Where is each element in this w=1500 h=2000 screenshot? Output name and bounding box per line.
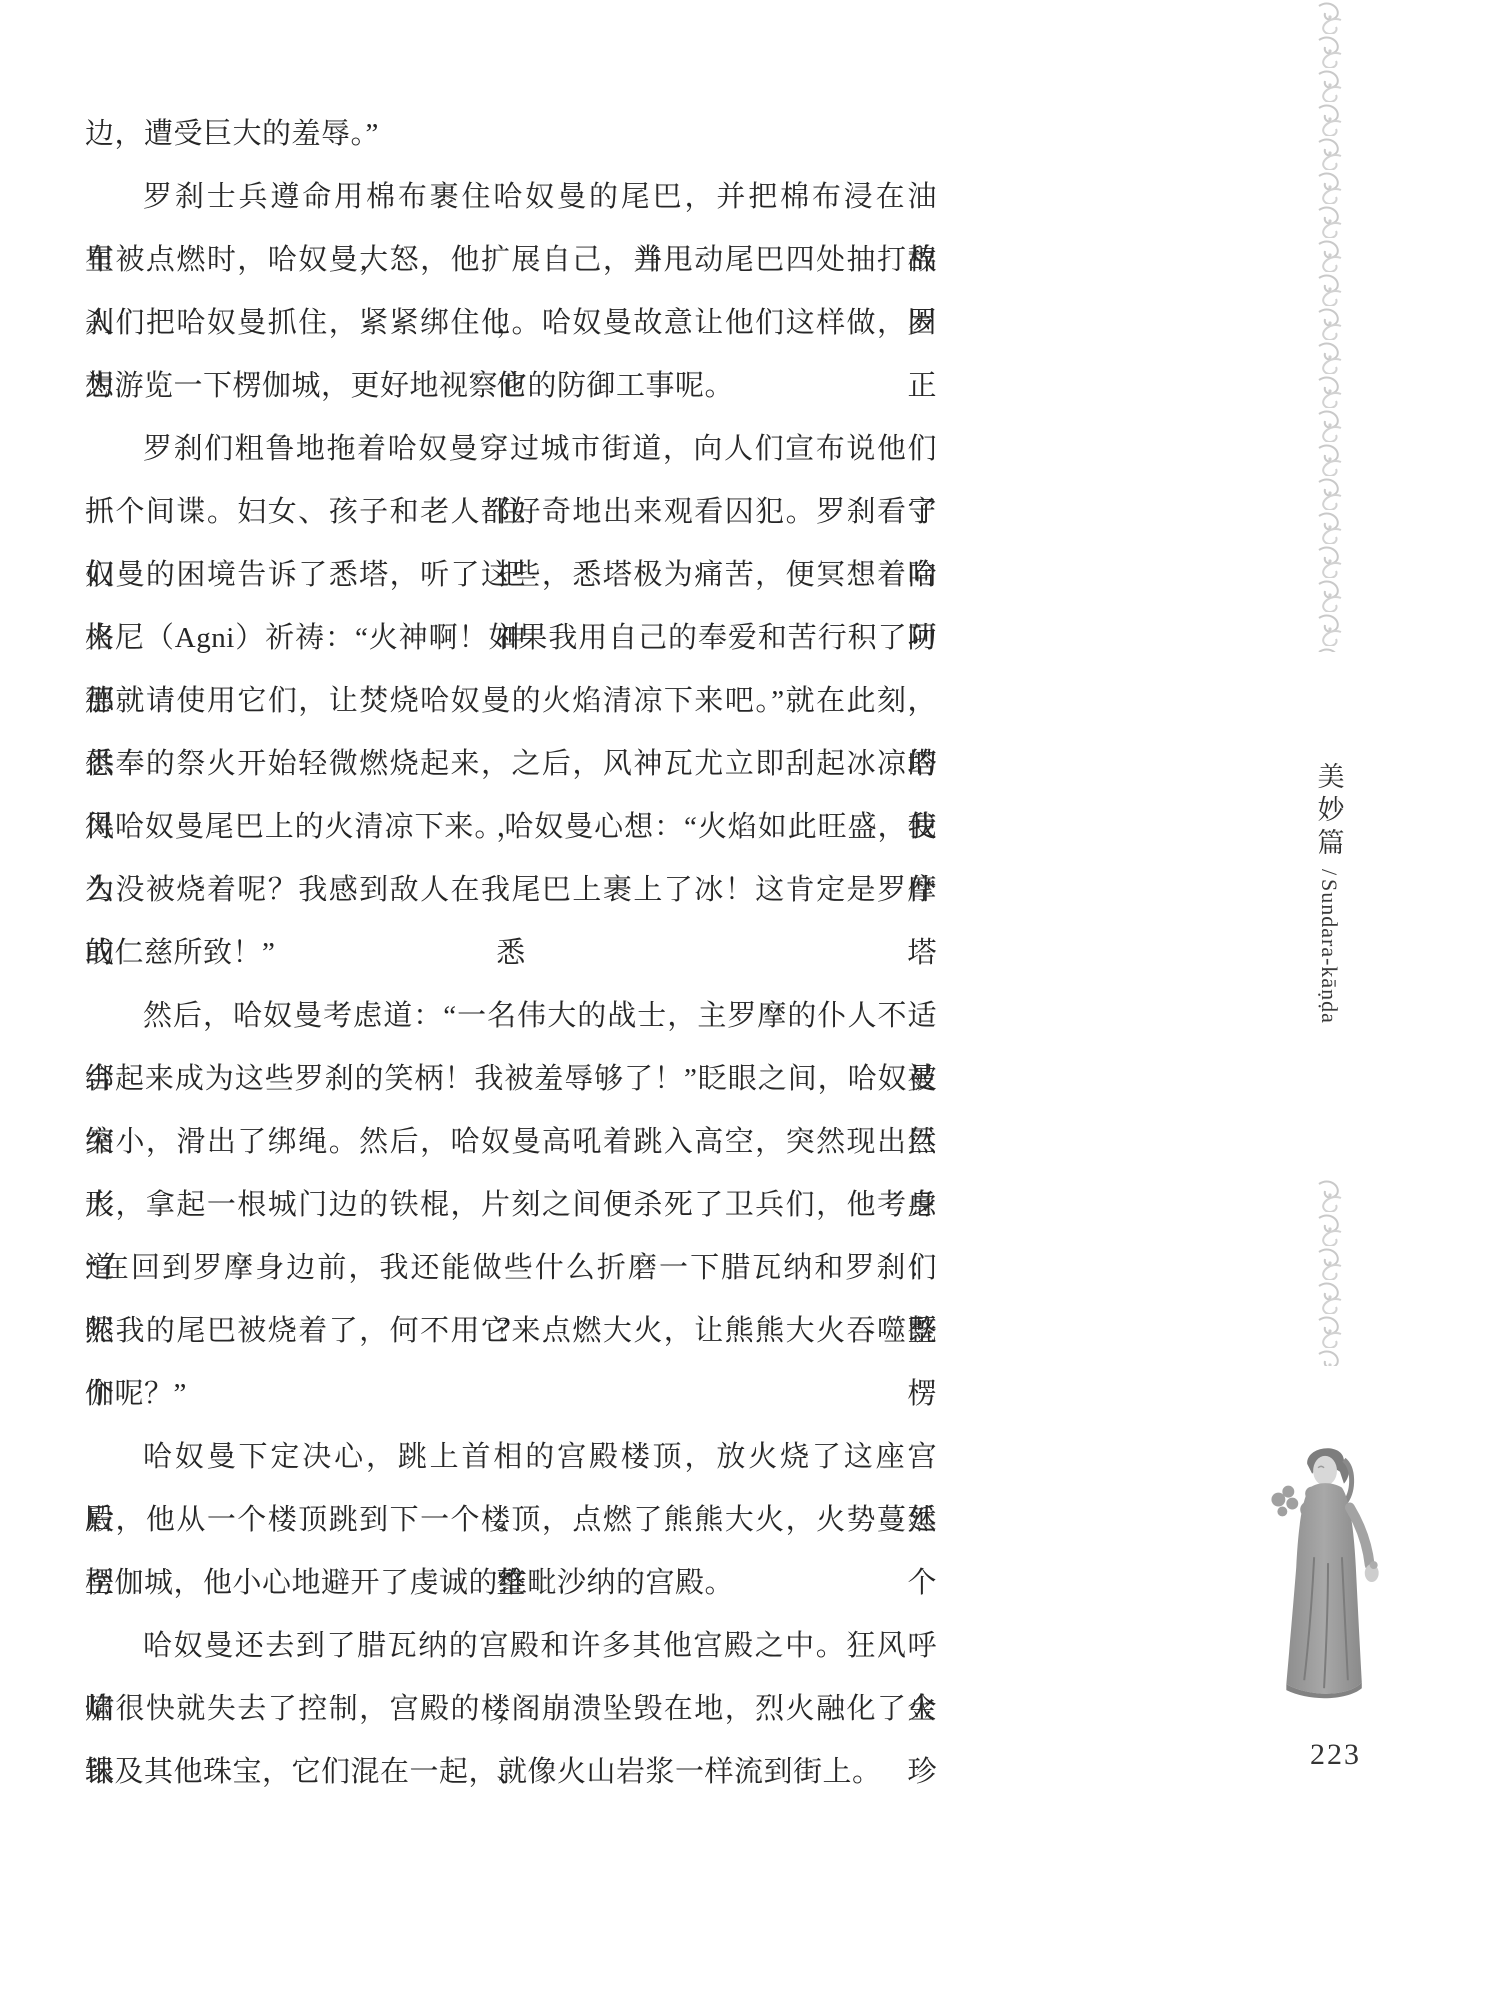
paragraph: 罗刹们粗鲁地拖着哈奴曼穿过城市街道，向人们宣布说他们抓住了 一个间谍。妇女、孩子… <box>85 418 937 985</box>
text-line: 格尼（Agni）祈祷：“火神啊！如果我用自己的奉爱和苦行积了功德， <box>85 607 937 670</box>
ornament-border-middle-icon <box>1315 1178 1345 1366</box>
text-line: 那就请使用它们，让焚烧哈奴曼的火焰清凉下来吧。”就在此刻，悉塔 <box>85 670 937 733</box>
text-line: 哈奴曼还去到了腊瓦纳的宫殿和许多其他宫殿之中。狂风呼啸，火 <box>85 1615 937 1678</box>
text-line: 珠及其他珠宝，它们混在一起，就像火山岩浆一样流到街上。 <box>85 1741 937 1804</box>
main-text-block: 边，遭受巨大的羞辱。” 罗刹士兵遵命用棉布裹住哈奴曼的尾巴，并把棉布浸在油里，当… <box>85 103 937 1804</box>
text-line: 奴曼的困境告诉了悉塔，听了这些，悉塔极为痛苦，便冥想着向火神阿 <box>85 544 937 607</box>
paragraph: 罗刹士兵遵命用棉布裹住哈奴曼的尾巴，并把棉布浸在油里，当棉 布被点燃时，哈奴曼大… <box>85 166 937 418</box>
section-title-chinese: 美妙篇 <box>1310 762 1349 861</box>
text-line: 刹们把哈奴曼抓住，紧紧绑住他。哈奴曼故意让他们这样做，因为他正 <box>85 292 937 355</box>
text-line: 得哈奴曼尾巴上的火清凉下来。哈奴曼心想：“火焰如此旺盛，我为什 <box>85 796 937 859</box>
text-line: 布被点燃时，哈奴曼大怒，他扩展自己，并甩动尾巴四处抽打敌人，罗 <box>85 229 937 292</box>
text-line: 供奉的祭火开始轻微燃烧起来，之后，风神瓦尤立即刮起冰凉的风，使 <box>85 733 937 796</box>
section-title-latin: Sundara-kāṇḍa <box>1316 879 1342 1024</box>
text-line: 后，他从一个楼顶跳到下一个楼顶，点燃了熊熊大火，火势蔓延至整个 <box>85 1489 937 1552</box>
text-line: 形，拿起一根城门边的铁棍，片刻之间便杀死了卫兵们，他考虑道： <box>85 1174 937 1237</box>
text-line: 一个间谍。妇女、孩子和老人都好奇地出来观看囚犯。罗刹看守们把哈 <box>85 481 937 544</box>
paragraph: 边，遭受巨大的羞辱。” <box>85 103 937 166</box>
text-line: 罗刹们粗鲁地拖着哈奴曼穿过城市街道，向人们宣布说他们抓住了 <box>85 418 937 481</box>
text-line: 么没被烧着呢？我感到敌人在我尾巴上裹上了冰！这肯定是罗摩或悉塔 <box>85 859 937 922</box>
text-line: 边，遭受巨大的羞辱。” <box>85 103 937 166</box>
text-line: 然我的尾巴被烧着了，何不用它来点燃大火，让熊熊大火吞噬整个楞 <box>85 1300 937 1363</box>
text-line: 缩小，滑出了绑绳。然后，哈奴曼高吼着跳入高空，突然现出巨大身 <box>85 1111 937 1174</box>
section-title-separator: / <box>1316 869 1342 875</box>
female-figure-illustration <box>1262 1438 1402 1716</box>
ornament-border-top-icon <box>1315 0 1345 652</box>
page-number: 223 <box>1310 1738 1380 1772</box>
text-line: 罗刹士兵遵命用棉布裹住哈奴曼的尾巴，并把棉布浸在油里，当棉 <box>85 166 937 229</box>
text-line: 焰很快就失去了控制，宫殿的楼阁崩溃坠毁在地，烈火融化了金银、珍 <box>85 1678 937 1741</box>
section-label-vertical: 美妙篇 / Sundara-kāṇḍa <box>1303 762 1355 1092</box>
text-line: 哈奴曼下定决心，跳上首相的宫殿楼顶，放火烧了这座宫殿。然 <box>85 1426 937 1489</box>
book-page: 边，遭受巨大的羞辱。” 罗刹士兵遵命用棉布裹住哈奴曼的尾巴，并把棉布浸在油里，当… <box>0 0 1500 2000</box>
text-line: 然后，哈奴曼考虑道：“一名伟大的战士，主罗摩的仆人不适合被 <box>85 985 937 1048</box>
paragraph: 哈奴曼还去到了腊瓦纳的宫殿和许多其他宫殿之中。狂风呼啸，火 焰很快就失去了控制，… <box>85 1615 937 1804</box>
text-line: “在回到罗摩身边前，我还能做些什么折磨一下腊瓦纳和罗刹们呢？既 <box>85 1237 937 1300</box>
paragraph: 哈奴曼下定决心，跳上首相的宫殿楼顶，放火烧了这座宫殿。然 后，他从一个楼顶跳到下… <box>85 1426 937 1615</box>
paragraph: 然后，哈奴曼考虑道：“一名伟大的战士，主罗摩的仆人不适合被 绑起来成为这些罗刹的… <box>85 985 937 1426</box>
text-line: 绑起来成为这些罗刹的笑柄！我被羞辱够了！”眨眼之间，哈奴曼突然 <box>85 1048 937 1111</box>
